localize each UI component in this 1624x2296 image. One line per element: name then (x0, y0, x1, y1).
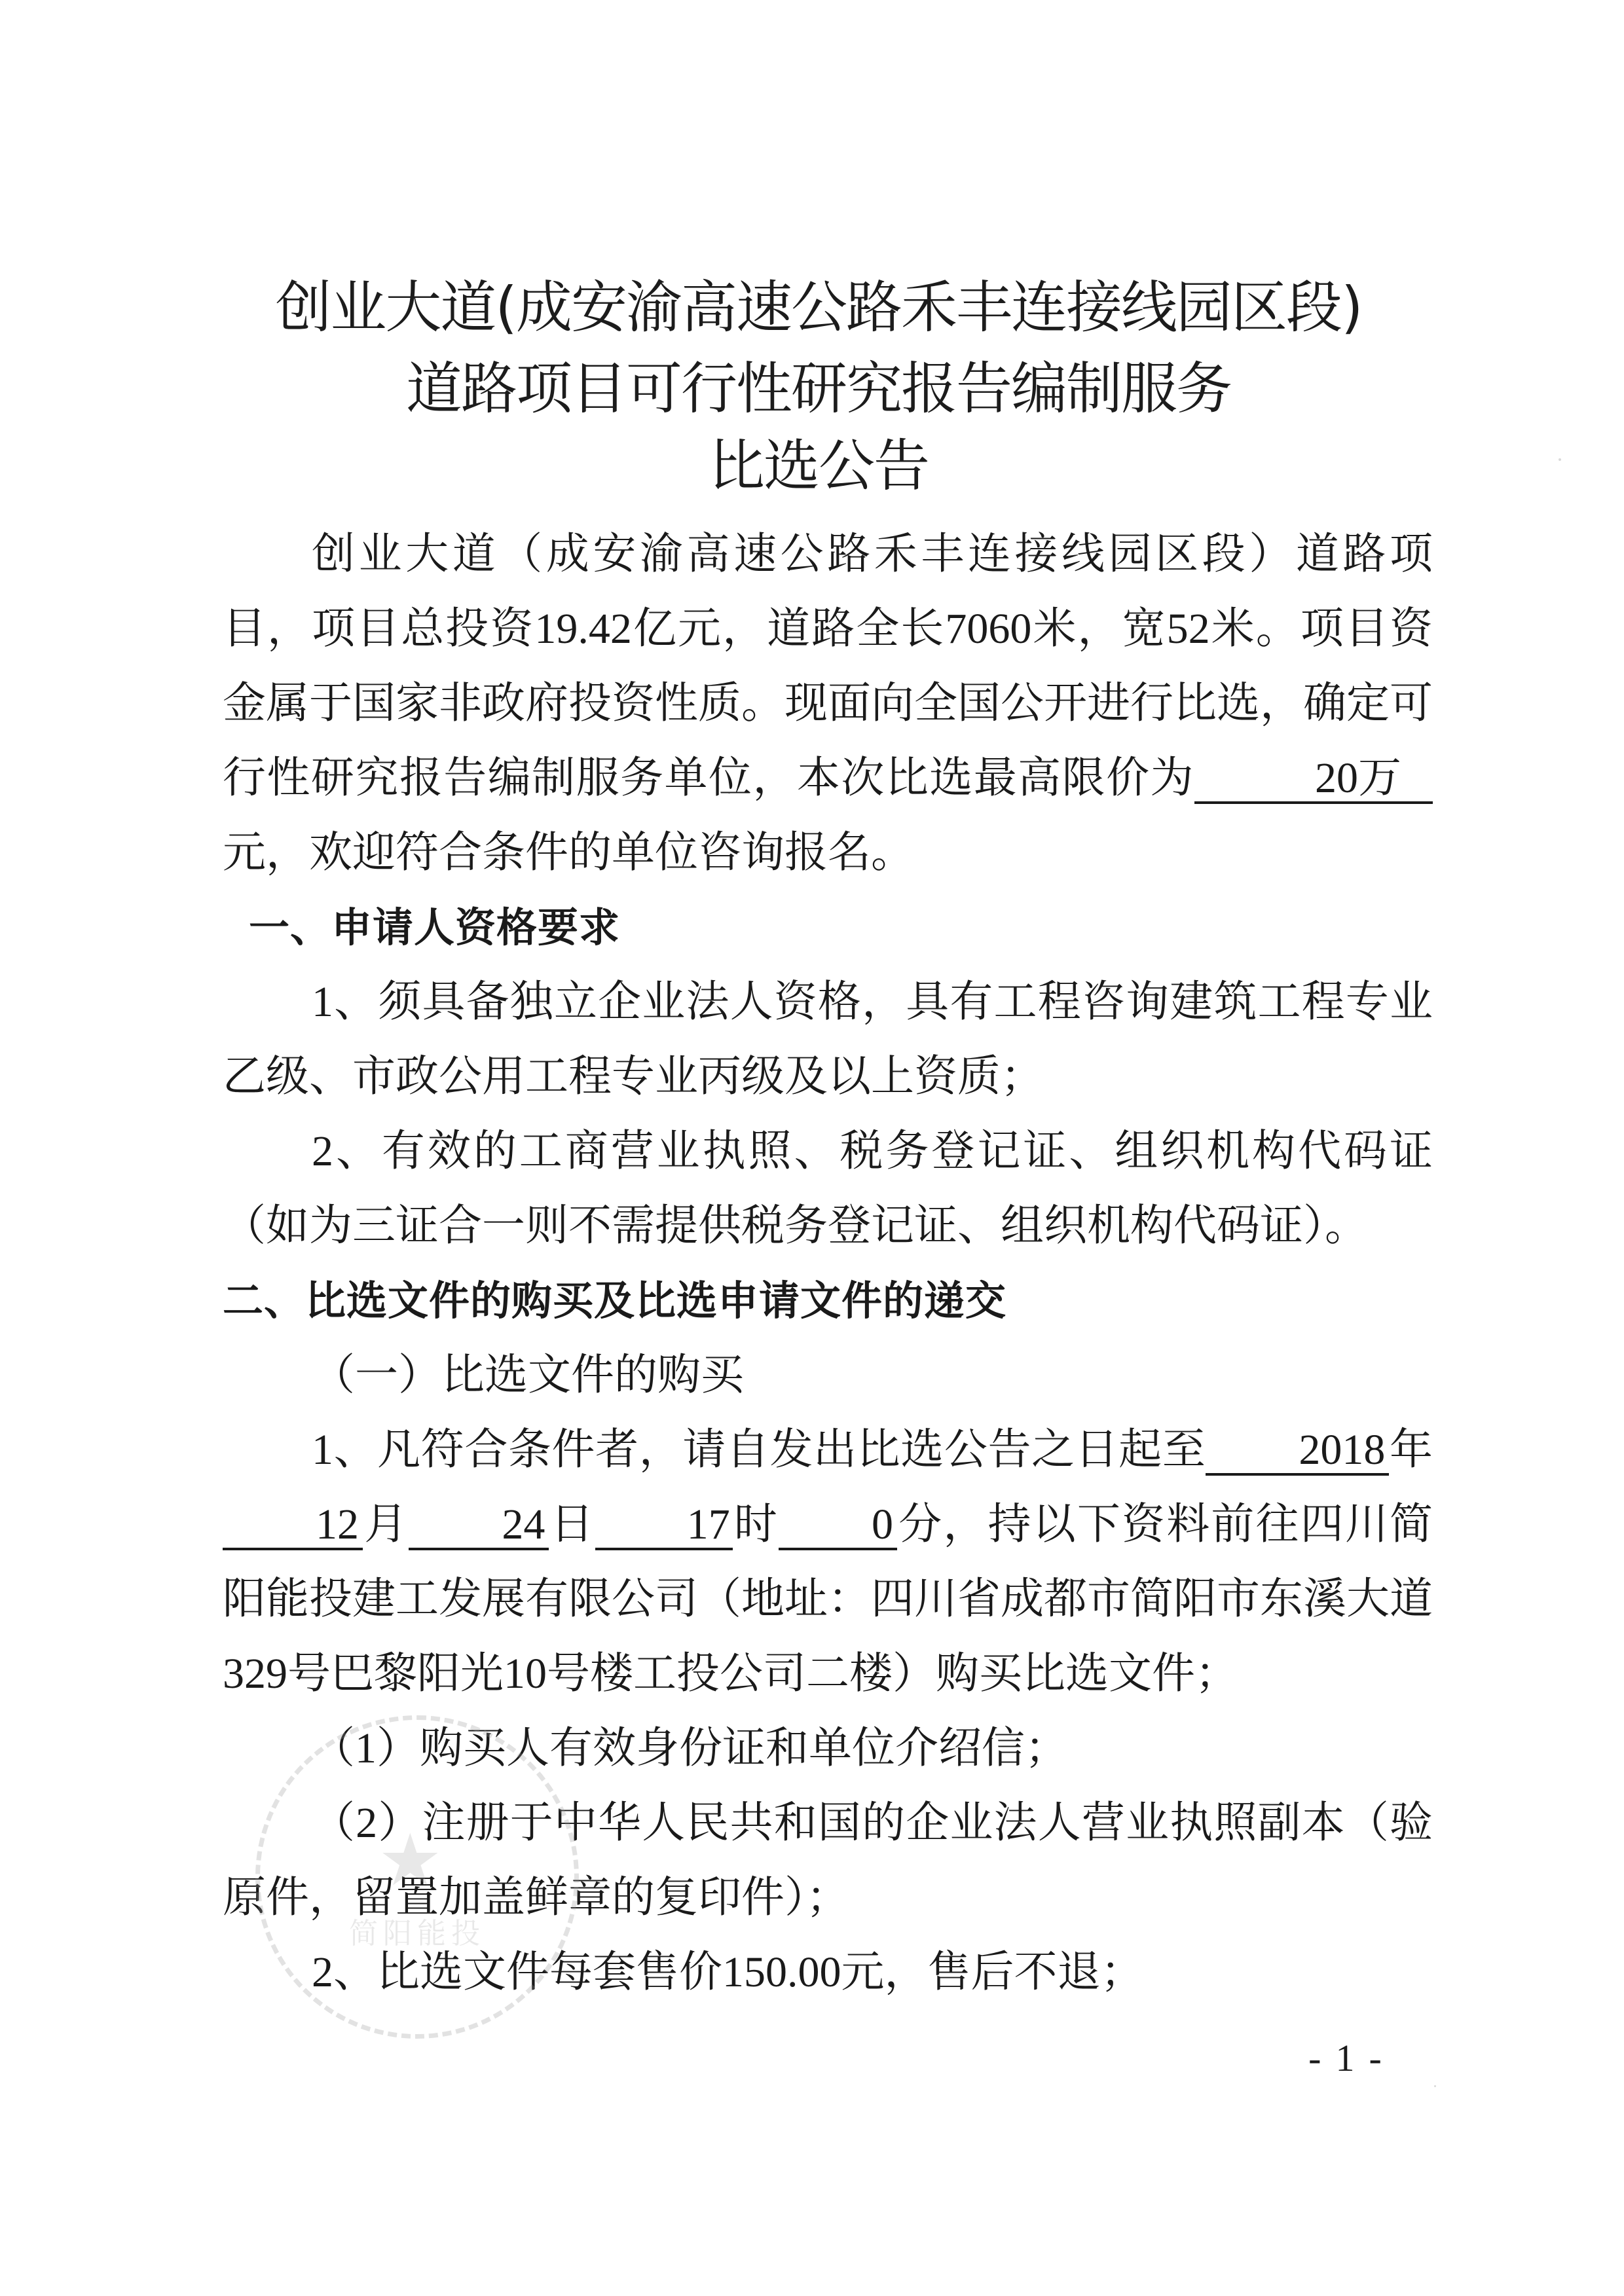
deadline-hour-unit: 时 (733, 1501, 779, 1548)
document-page: 创业大道(成安渝高速公路禾丰连接线园区段) 道路项目可行性研究报告编制服务 比选… (0, 0, 1624, 2296)
deadline-year-unit: 年 (1389, 1426, 1433, 1474)
scan-speck (1559, 458, 1561, 461)
title-line-1: 创业大道(成安渝高速公路禾丰连接线园区段) (196, 267, 1441, 348)
intro-paragraph: 创业大道（成安渝高速公路禾丰连接线园区段）道路项目，项目总投资19.42亿元，道… (223, 517, 1433, 890)
document-body: 创业大道（成安渝高速公路禾丰连接线园区段）道路项目，项目总投资19.42亿元，道… (223, 517, 1433, 2010)
section-2-subheading: （一）比选文件的购买 (223, 1338, 1433, 1413)
deadline-day: 24 (409, 1503, 549, 1550)
item-1-prefix: 1、凡符合条件者，请自发出比选公告之日起至 (312, 1426, 1206, 1474)
deadline-year: 2018 (1206, 1429, 1389, 1476)
title-line-3: 比选公告 (196, 426, 1441, 507)
deadline-day-unit: 日 (549, 1501, 595, 1548)
section-2-item-2: 2、比选文件每套售价150.00元，售后不退； (223, 1935, 1433, 2010)
scan-speck (1434, 2085, 1436, 2087)
document-title: 创业大道(成安渝高速公路禾丰连接线园区段) 道路项目可行性研究报告编制服务 比选… (196, 267, 1441, 507)
requirement-1: （1）购买人有效身份证和单位介绍信； (223, 1711, 1433, 1786)
title-line-2: 道路项目可行性研究报告编制服务 (196, 348, 1441, 429)
deadline-hour: 17 (595, 1503, 733, 1550)
section-1-item-1: 1、须具备独立企业法人资格，具有工程咨询建筑工程专业乙级、市政公用工程专业丙级及… (223, 965, 1433, 1114)
deadline-minute-unit: 分 (897, 1501, 943, 1548)
page-number: -1- (1293, 2036, 1411, 2080)
requirement-2: （2）注册于中华人民共和国的企业法人营业执照副本（验原件，留置加盖鲜章的复印件）… (223, 1786, 1433, 1935)
section-2-heading: 二、比选文件的购买及比选申请文件的递交 (223, 1264, 1433, 1338)
price-limit-blank: 20万 (1194, 757, 1433, 804)
section-2-item-1: 1、凡符合条件者，请自发出比选公告之日起至2018年12月24日17时0分，持以… (223, 1413, 1433, 1711)
deadline-minute: 0 (779, 1503, 897, 1550)
deadline-month-unit: 月 (363, 1501, 409, 1548)
intro-text-part2: 元，欢迎符合条件的单位咨询报名。 (223, 829, 914, 877)
deadline-month: 12 (223, 1503, 363, 1550)
section-1-item-2: 2、有效的工商营业执照、税务登记证、组织机构代码证（如为三证合一则不需提供税务登… (223, 1114, 1433, 1264)
section-1-heading: 一、申请人资格要求 (223, 890, 1433, 965)
